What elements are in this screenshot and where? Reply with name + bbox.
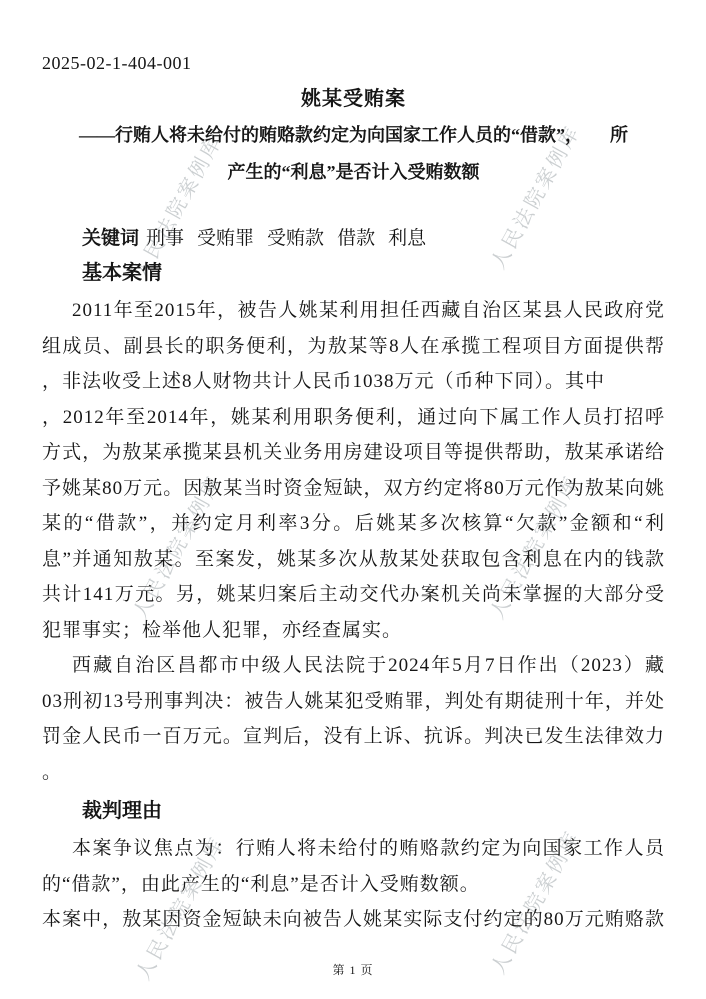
body-line: 某的“借款”，并约定月利率3分。后姚某多次核算“欠款”金额和“利 bbox=[42, 506, 665, 542]
body-line: 本案争议焦点为：行贿人将未给付的贿赂款约定为向国家工作人员 bbox=[42, 831, 665, 867]
body-line: ，2012年至2014年，姚某利用职务便利，通过向下属工作人员打招呼等 bbox=[42, 400, 665, 436]
body-paragraph: 西藏自治区昌都市中级人民法院于2024年5月7日作出（2023）藏03刑初13号… bbox=[42, 648, 665, 790]
body-line: 本案中，敖某因资金短缺未向被告人姚某实际支付约定的80万元贿赂款 bbox=[42, 902, 665, 938]
document-page: 人民法院案例库人民法院案例库人民法院案例库人民法院案例库人民法院案例库人民法院案… bbox=[0, 0, 706, 999]
body-line: 罚金人民币一百万元。宣判后，没有上诉、抗诉。判决已发生法律效力 bbox=[42, 719, 665, 755]
body-line: 西藏自治区昌都市中级人民法院于2024年5月7日作出（2023）藏 bbox=[42, 648, 665, 684]
body-line: 组成员、副县长的职务便利，为敖某等8人在承揽工程项目方面提供帮助 bbox=[42, 329, 665, 365]
body-line: ，非法收受上述8人财物共计人民币1038万元（币种下同）。其中 bbox=[42, 364, 665, 400]
body-line: 息”并通知敖某。至案发，姚某多次从敖某处获取包含利息在内的钱款 bbox=[42, 542, 665, 578]
keyword-item: 受贿款 bbox=[267, 228, 324, 249]
document-body: 基本案情2011年至2015年，被告人姚某利用担任西藏自治区某县人民政府党组成员… bbox=[42, 260, 665, 938]
body-line: 犯罪事实；检举他人犯罪，亦经查属实。 bbox=[42, 613, 665, 649]
keyword-item: 受贿罪 bbox=[197, 228, 254, 249]
keywords-list: 刑事受贿罪受贿款借款利息 bbox=[146, 228, 439, 249]
keyword-item: 刑事 bbox=[146, 228, 184, 249]
body-line: 的“借款”，由此产生的“利息”是否计入受贿数额。 bbox=[42, 867, 665, 903]
body-line: 。 bbox=[42, 755, 665, 791]
body-line: 予姚某80万元。因敖某当时资金短缺，双方约定将80万元作为敖某向姚 bbox=[42, 471, 665, 507]
case-subtitle-line-2: 产生的“利息”是否计入受贿数额 bbox=[42, 154, 665, 191]
keywords-label: 关键词 bbox=[82, 228, 139, 249]
keyword-item: 利息 bbox=[388, 228, 426, 249]
body-paragraph: 本案中，敖某因资金短缺未向被告人姚某实际支付约定的80万元贿赂款 bbox=[42, 902, 665, 938]
body-line: 03刑初13号刑事判决：被告人姚某犯受贿罪，判处有期徒刑十年，并处 bbox=[42, 684, 665, 720]
section-heading: 裁判理由 bbox=[42, 798, 665, 824]
body-line: 共计141万元。另，姚某归案后主动交代办案机关尚未掌握的大部分受贿 bbox=[42, 577, 665, 613]
body-line: 2011年至2015年，被告人姚某利用担任西藏自治区某县人民政府党 bbox=[42, 293, 665, 329]
body-paragraph: 本案争议焦点为：行贿人将未给付的贿赂款约定为向国家工作人员的“借款”，由此产生的… bbox=[42, 831, 665, 902]
section-heading: 基本案情 bbox=[42, 260, 665, 286]
keywords-row: 关键词刑事受贿罪受贿款借款利息 bbox=[42, 226, 665, 252]
body-line: 方式，为敖某承揽某县机关业务用房建设项目等提供帮助，敖某承诺给 bbox=[42, 435, 665, 471]
document-number: 2025-02-1-404-001 bbox=[42, 50, 665, 76]
case-subtitle: ——行贿人将未给付的贿赂款约定为向国家工作人员的“借款”， 所 产生的“利息”是… bbox=[42, 117, 665, 191]
document-content: 2025-02-1-404-001 姚某受贿案 ——行贿人将未给付的贿赂款约定为… bbox=[0, 0, 706, 938]
case-title: 姚某受贿案 bbox=[42, 84, 665, 114]
case-subtitle-line-1: ——行贿人将未给付的贿赂款约定为向国家工作人员的“借款”， 所 bbox=[42, 117, 665, 154]
keyword-item: 借款 bbox=[337, 228, 375, 249]
page-number: 第 1 页 bbox=[0, 961, 706, 978]
body-paragraph: 2011年至2015年，被告人姚某利用担任西藏自治区某县人民政府党组成员、副县长… bbox=[42, 293, 665, 648]
